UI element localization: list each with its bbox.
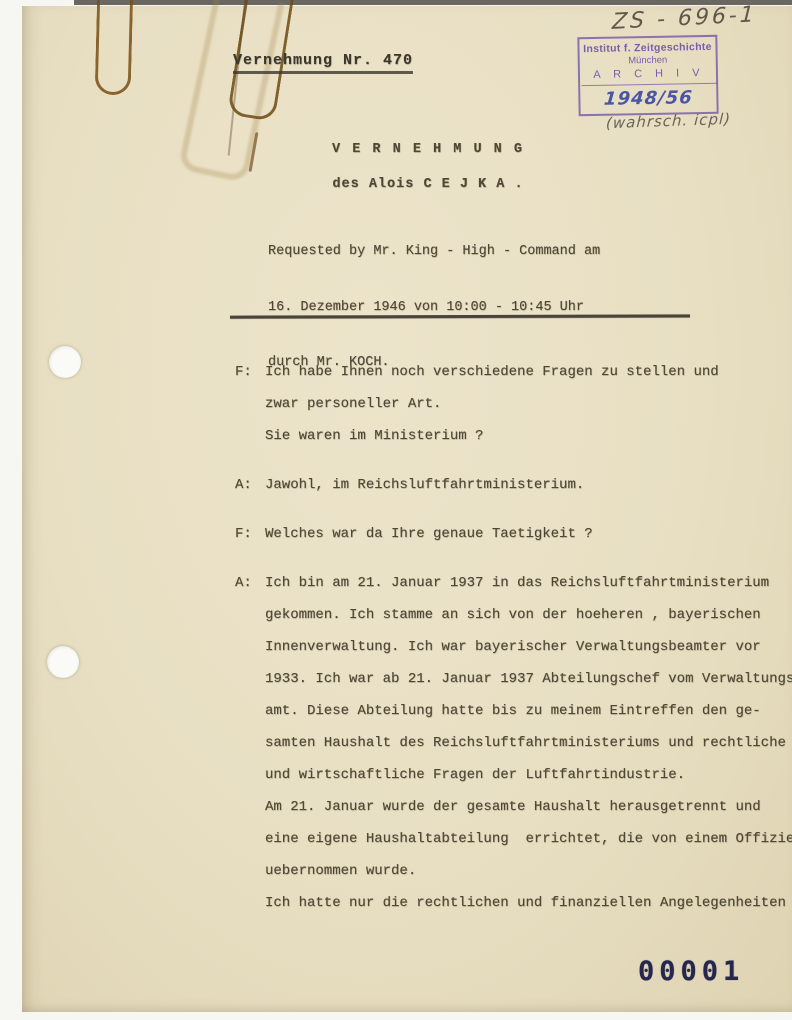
question-block: F: Ich habe Ihnen noch verschiedene Frag… [235,356,780,452]
answer-line: und wirtschaftliche Fragen der Luftfahrt… [265,759,780,791]
request-line: Requested by Mr. King - High - Command a… [268,243,600,262]
question-line: Ich habe Ihnen noch verschiedene Fragen … [265,356,780,388]
answer-line: Ich hatte nur die rechtlichen und finanz… [265,887,780,919]
answer-line: gekommen. Ich stamme an sich von der hoe… [265,599,780,631]
question-line: Sie waren im Ministerium ? [265,420,780,452]
answer-prefix: A: [235,567,252,599]
answer-prefix: A: [235,469,252,501]
answer-block: A: Ich bin am 21. Januar 1937 in das Rei… [235,567,780,919]
hole-punch [49,346,81,378]
document-title: Vernehmung Nr. 470 [233,52,413,74]
paperclip-rust-mark [95,0,134,95]
answer-line: eine eigene Haushaltabteilung errichtet,… [265,823,780,855]
question-answer-body: F: Ich habe Ihnen noch verschiedene Frag… [235,356,780,936]
stamp-archiv-label: A R C H I V [580,65,716,85]
answer-line: amt. Diese Abteilung hatte bis zu meinem… [265,695,780,727]
answer-line: samten Haushalt des Reichsluftfahrtminis… [265,727,780,759]
question-line: zwar personeller Art. [265,388,780,420]
interrogation-subject: des Alois C E J K A . [332,177,523,192]
answer-line: Innenverwaltung. Ich war bayerischer Ver… [265,631,780,663]
hole-punch [47,646,79,678]
scan-top-edge [74,0,792,5]
scanned-document: ZS - 696-1 Institut f. Zeitgeschichte Mü… [0,0,792,1020]
page-number-stamp: 00001 [638,956,744,987]
answer-line: 1933. Ich war ab 21. Januar 1937 Abteilu… [265,663,780,695]
question-prefix: F: [235,518,252,550]
answer-line: Am 21. Januar wurde der gesamte Haushalt… [265,791,780,823]
answer-line: Ich bin am 21. Januar 1937 in das Reichs… [265,567,780,599]
interrogation-heading: V E R N E H M U N G [332,142,524,157]
handwritten-archive-number: 1948/56 [579,83,718,114]
question-prefix: F: [235,356,252,388]
archive-stamp: Institut f. Zeitgeschichte München A R C… [577,35,718,116]
answer-line: uebernommen wurde. [265,855,780,887]
stamp-institute-name: Institut f. Zeitgeschichte [579,37,715,55]
answer-block: A: Jawohl, im Reichsluftfahrtministerium… [235,469,780,501]
question-block: F: Welches war da Ihre genaue Taetigkeit… [235,518,780,550]
answer-line: Jawohl, im Reichsluftfahrtministerium. [265,469,780,501]
question-line: Welches war da Ihre genaue Taetigkeit ? [265,518,780,550]
